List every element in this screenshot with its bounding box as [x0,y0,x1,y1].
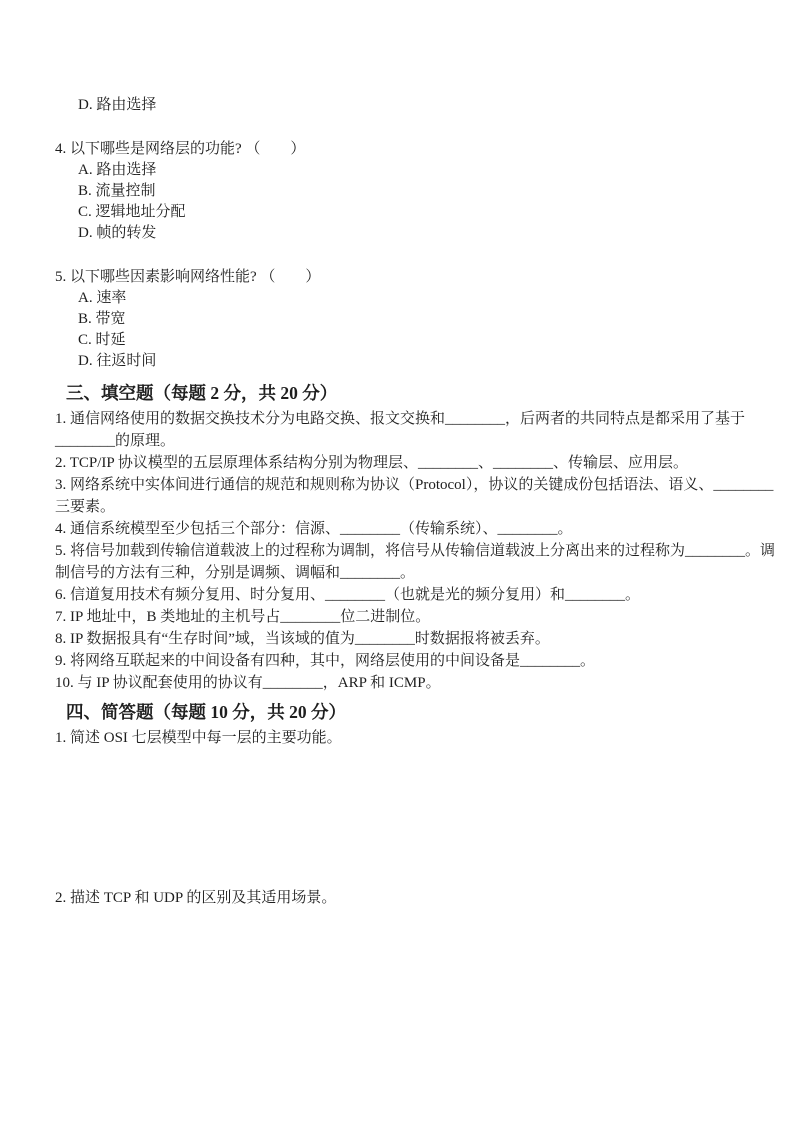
choice-q5-option-d: D. 往返时间 [78,351,320,372]
choice-q5-stem: 5. 以下哪些因素影响网络性能? （ ） [55,267,320,288]
fill-item-1-line-2: ________的原理。 [55,430,775,452]
fill-section-heading: 三、填空题（每题 2 分，共 20 分） [66,382,337,404]
fill-item-3-line-2: 三要素。 [55,496,775,518]
exam-page: D. 路由选择 4. 以下哪些是网络层的功能? （ ） A. 路由选择 B. 流… [0,0,793,1122]
fill-item-2: 2. TCP/IP 协议模型的五层原理体系结构分别为物理层、________、_… [55,452,775,474]
choice-q4-option-d: D. 帧的转发 [78,223,305,244]
fill-section-body: 1. 通信网络使用的数据交换技术分为电路交换、报文交换和________，后两者… [55,408,775,694]
fill-item-4: 4. 通信系统模型至少包括三个部分：信源、________（传输系统）、____… [55,518,775,540]
fill-item-5-line-2: 制信号的方法有三种，分别是调频、调幅和________。 [55,562,775,584]
choice-q4-stem: 4. 以下哪些是网络层的功能? （ ） [55,139,305,160]
fill-item-7: 7. IP 地址中，B 类地址的主机号占________位二进制位。 [55,606,775,628]
choice-q5-option-c: C. 时延 [78,330,320,351]
short-section-heading: 四、简答题（每题 10 分，共 20 分） [66,701,346,723]
fill-item-6: 6. 信道复用技术有频分复用、时分复用、________（也就是光的频分复用）和… [55,584,775,606]
fill-item-5-line-1: 5. 将信号加载到传输信道载波上的过程称为调制，将信号从传输信道载波上分离出来的… [55,540,775,562]
choice-q5-option-a: A. 速率 [78,288,320,309]
choice-q4-option-b: B. 流量控制 [78,181,305,202]
fill-item-10: 10. 与 IP 协议配套使用的协议有________，ARP 和 ICMP。 [55,672,775,694]
choice-question-4: 4. 以下哪些是网络层的功能? （ ） A. 路由选择 B. 流量控制 C. 逻… [55,139,305,244]
short-question-2: 2. 描述 TCP 和 UDP 的区别及其适用场景。 [55,888,336,909]
fill-item-9: 9. 将网络互联起来的中间设备有四种，其中，网络层使用的中间设备是_______… [55,650,775,672]
fill-item-8: 8. IP 数据报具有“生存时间”域，当该域的值为________时数据报将被丢… [55,628,775,650]
fill-item-3-line-1: 3. 网络系统中实体间进行通信的规范和规则称为协议（Protocol），协议的关… [55,474,775,496]
choice-q5-option-b: B. 带宽 [78,309,320,330]
choice-question-5: 5. 以下哪些因素影响网络性能? （ ） A. 速率 B. 带宽 C. 时延 D… [55,267,320,372]
choice-q3-option-d: D. 路由选择 [78,95,156,116]
choice-q4-option-a: A. 路由选择 [78,160,305,181]
short-question-1: 1. 简述 OSI 七层模型中每一层的主要功能。 [55,728,342,749]
fill-item-1-line-1: 1. 通信网络使用的数据交换技术分为电路交换、报文交换和________，后两者… [55,408,775,430]
choice-q4-option-c: C. 逻辑地址分配 [78,202,305,223]
